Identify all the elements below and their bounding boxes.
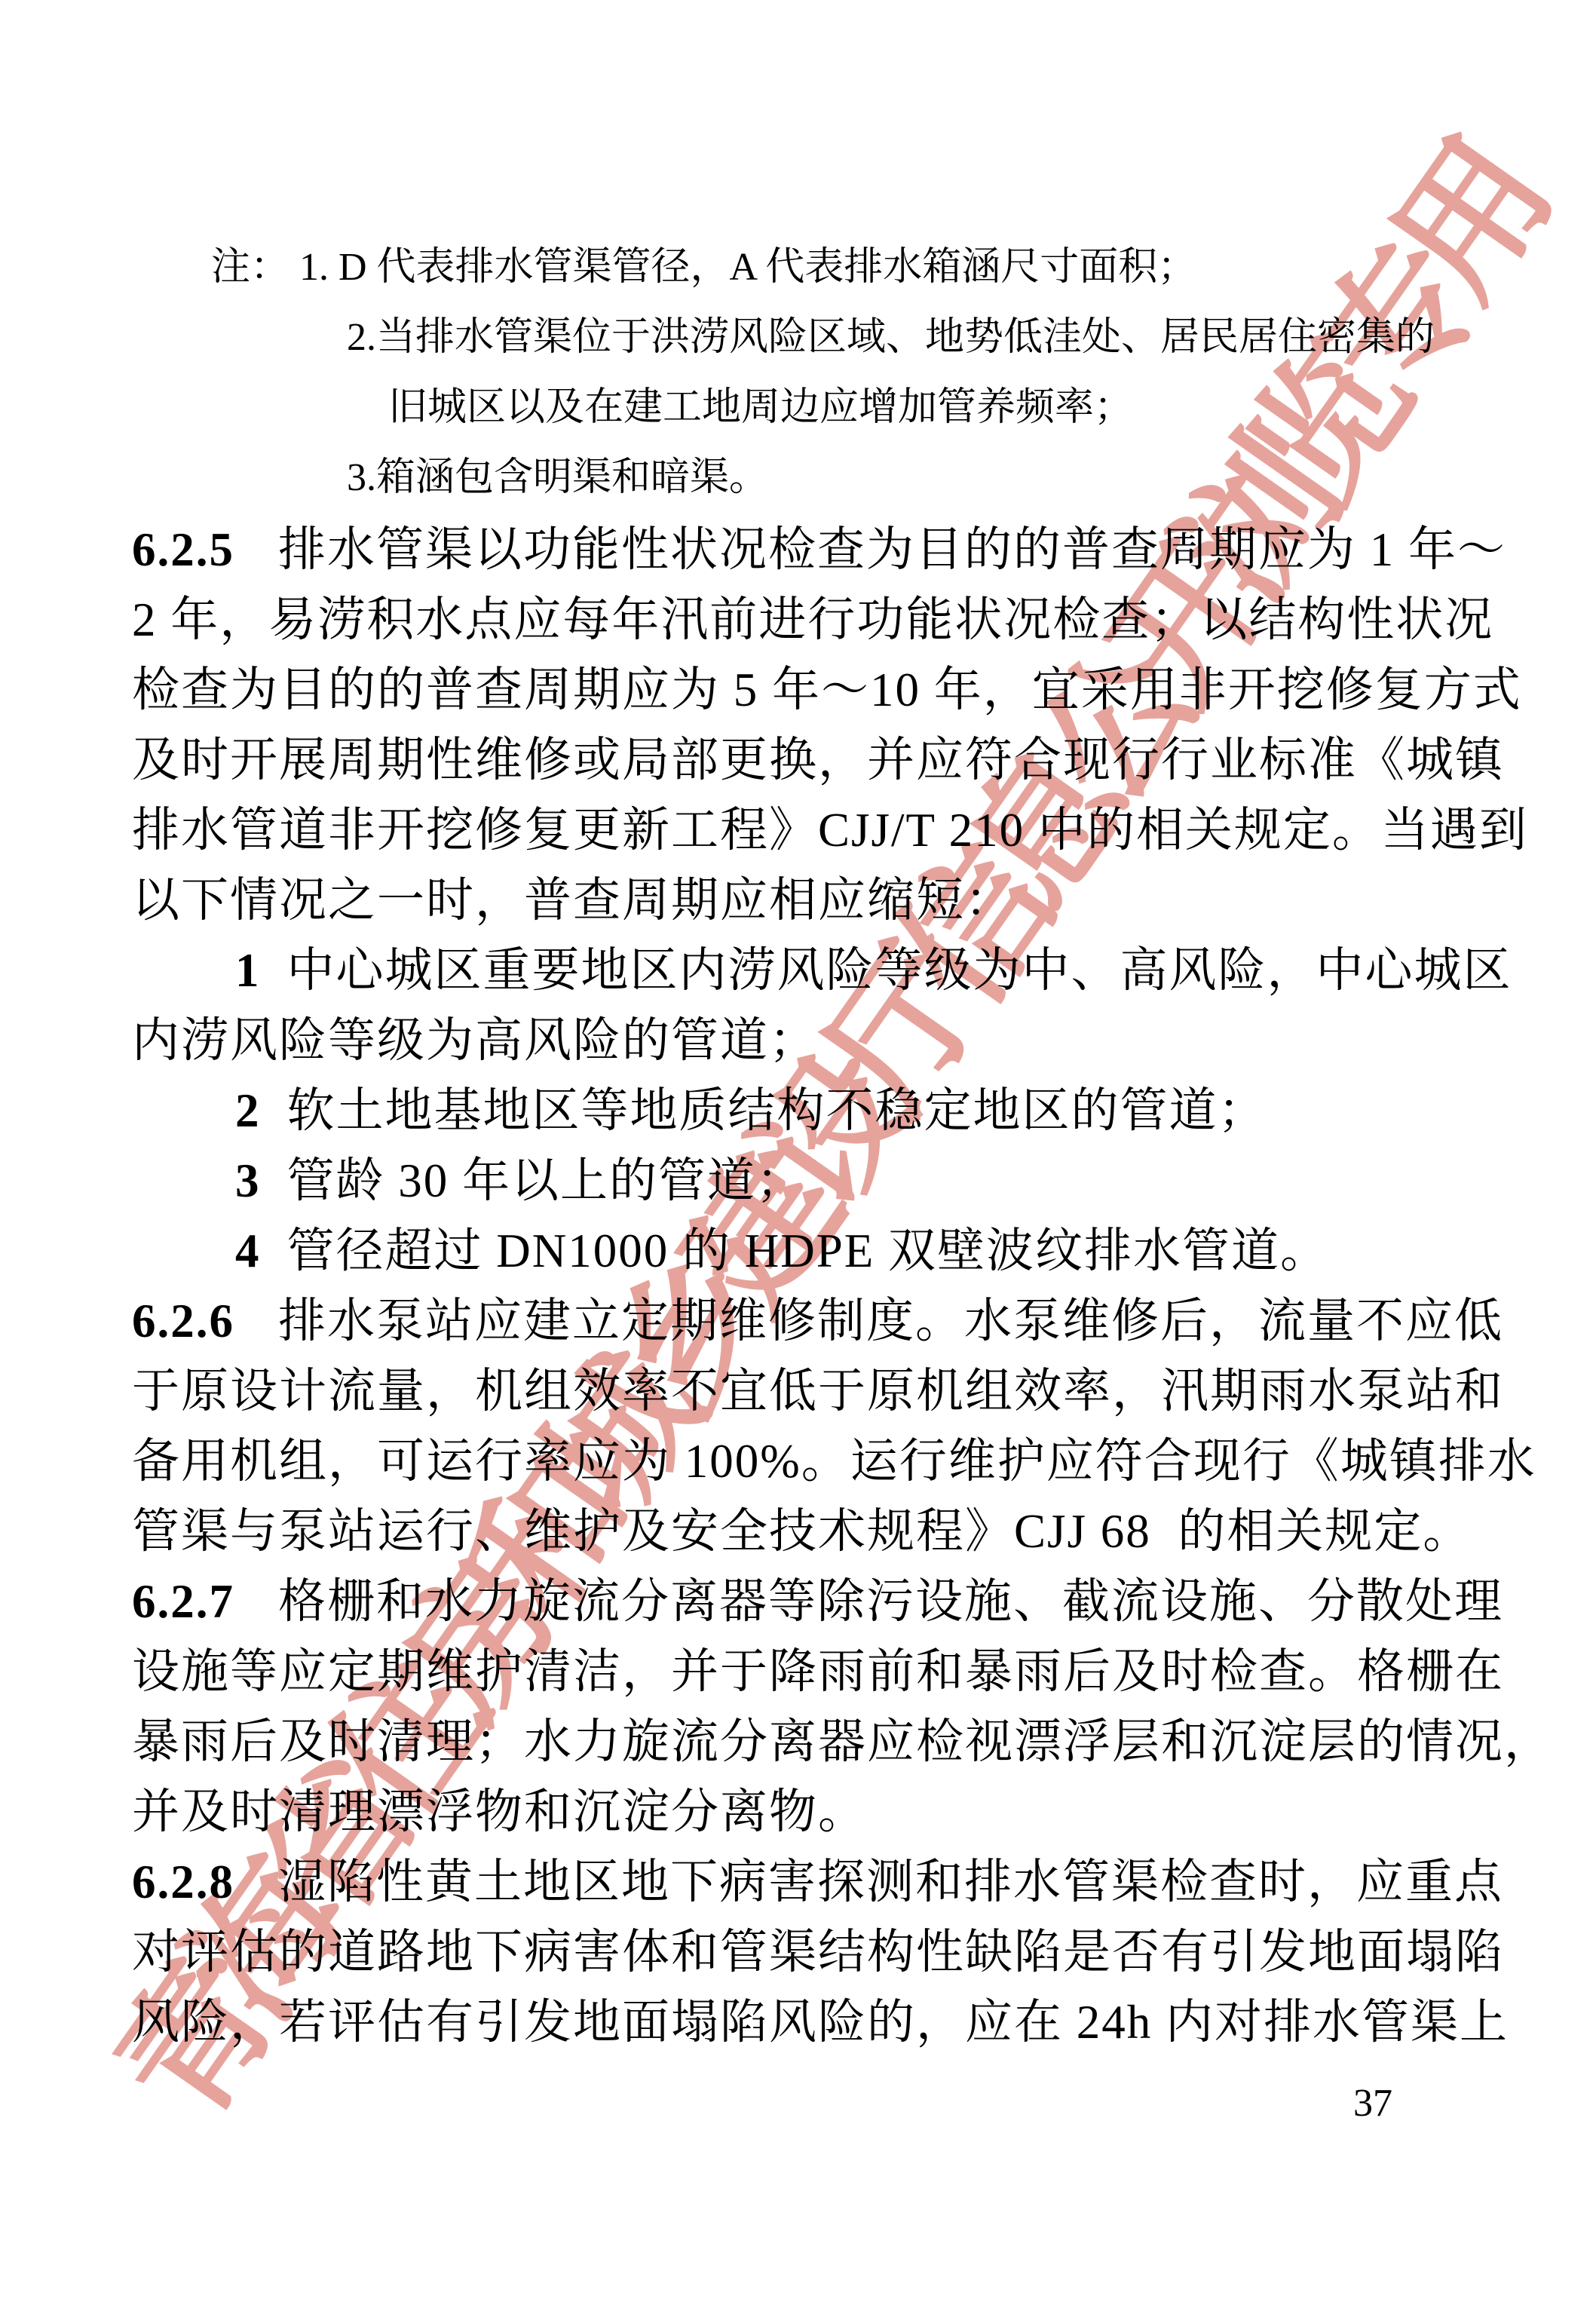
clause-number: 6.2.5 <box>132 520 234 580</box>
text-line: 1中心城区重要地区内涝风险等级为中、高风险，中心城区 <box>235 941 1512 1001</box>
clause-text: 排水管渠以功能性状况检查为目的的普查周期应为 1 年～ <box>278 520 1506 580</box>
clause-text: 2 年，易涝积水点应每年汛前进行功能状况检查；以结构性状况 <box>132 590 1493 650</box>
clause-text: 风险，若评估有引发地面塌陷风险的，应在 24h 内对排水管渠上 <box>132 1993 1509 2052</box>
text-line: 检查为目的的普查周期应为 5 年～10 年，宜采用非开挖修复方式 <box>132 660 1522 720</box>
clause-text: 内涝风险等级为高风险的管道； <box>132 1011 818 1071</box>
text-line: 以下情况之一时，普查周期应相应缩短： <box>132 871 1014 930</box>
clause-text: 旧城区以及在建工地周边应增加管养频率； <box>388 383 1133 432</box>
clause-text: 排水管道非开挖修复更新工程》CJJ/T 210 中的相关规定。当遇到 <box>132 801 1528 860</box>
clause-text: 注： 1. D 代表排水管渠管径，A 代表排水箱涵尺寸面积； <box>211 243 1196 292</box>
text-line: 风险，若评估有引发地面塌陷风险的，应在 24h 内对排水管渠上 <box>132 1993 1509 2052</box>
clause-number: 1 <box>235 941 261 1001</box>
clause-text: 对评估的道路地下病害体和管渠结构性缺陷是否有引发地面塌陷 <box>132 1923 1504 1982</box>
text-line: 6.2.7格栅和水力旋流分离器等除污设施、截流设施、分散处理 <box>132 1572 1503 1632</box>
text-line: 暴雨后及时清理；水力旋流分离器应检视漂浮层和沉淀层的情况， <box>132 1712 1553 1772</box>
text-line: 6.2.6排水泵站应建立定期维修制度。水泵维修后，流量不应低 <box>132 1292 1503 1351</box>
document-page: 青海省住房和城乡建设厅信息公开浏览专用 注： 1. D 代表排水管渠管径，A 代… <box>0 0 1596 2314</box>
clause-number: 2 <box>235 1081 261 1141</box>
text-line: 4管径超过 DN1000 的 HDPE 双壁波纹排水管道。 <box>235 1221 1329 1281</box>
clause-text: 及时开展周期性维修或局部更换，并应符合现行行业标准《城镇 <box>132 731 1504 790</box>
text-line: 旧城区以及在建工地周边应增加管养频率； <box>388 383 1133 432</box>
text-line: 内涝风险等级为高风险的管道； <box>132 1011 818 1071</box>
clause-number: 3 <box>235 1151 261 1211</box>
clause-text: 软土地基地区等地质结构不稳定地区的管道； <box>287 1081 1267 1141</box>
clause-text: 2.当排水管渠位于洪涝风险区域、地势低洼处、居民居住密集的 <box>347 313 1435 362</box>
text-line: 2.当排水管渠位于洪涝风险区域、地势低洼处、居民居住密集的 <box>347 313 1435 362</box>
clause-text: 设施等应定期维护清洁，并于降雨前和暴雨后及时检查。格栅在 <box>132 1642 1504 1702</box>
clause-text: 暴雨后及时清理；水力旋流分离器应检视漂浮层和沉淀层的情况， <box>132 1712 1553 1772</box>
clause-text: 于原设计流量，机组效率不宜低于原机组效率，汛期雨水泵站和 <box>132 1362 1504 1421</box>
text-line: 于原设计流量，机组效率不宜低于原机组效率，汛期雨水泵站和 <box>132 1362 1504 1421</box>
text-line: 3.箱涵包含明渠和暗渠。 <box>347 453 768 502</box>
clause-text: 管龄 30 年以上的管道； <box>287 1151 806 1211</box>
clause-number: 6.2.7 <box>132 1572 234 1632</box>
clause-text: 中心城区重要地区内涝风险等级为中、高风险，中心城区 <box>287 941 1512 1001</box>
text-line: 对评估的道路地下病害体和管渠结构性缺陷是否有引发地面塌陷 <box>132 1923 1504 1982</box>
text-line: 注： 1. D 代表排水管渠管径，A 代表排水箱涵尺寸面积； <box>211 243 1196 292</box>
text-line: 3管龄 30 年以上的管道； <box>235 1151 805 1211</box>
text-line: 及时开展周期性维修或局部更换，并应符合现行行业标准《城镇 <box>132 731 1504 790</box>
clause-text: 检查为目的的普查周期应为 5 年～10 年，宜采用非开挖修复方式 <box>132 660 1522 720</box>
clause-text: 管渠与泵站运行、维护及安全技术规程》CJJ 68 的相关规定。 <box>132 1502 1472 1562</box>
clause-number: 6.2.8 <box>132 1853 234 1912</box>
clause-text: 并及时清理漂浮物和沉淀分离物。 <box>132 1782 867 1842</box>
text-line: 管渠与泵站运行、维护及安全技术规程》CJJ 68 的相关规定。 <box>132 1502 1472 1562</box>
text-line: 设施等应定期维护清洁，并于降雨前和暴雨后及时检查。格栅在 <box>132 1642 1504 1702</box>
text-line: 排水管道非开挖修复更新工程》CJJ/T 210 中的相关规定。当遇到 <box>132 801 1528 860</box>
clause-text: 排水泵站应建立定期维修制度。水泵维修后，流量不应低 <box>278 1292 1503 1351</box>
clause-text: 格栅和水力旋流分离器等除污设施、截流设施、分散处理 <box>278 1572 1503 1632</box>
text-line: 2 年，易涝积水点应每年汛前进行功能状况检查；以结构性状况 <box>132 590 1493 650</box>
text-line: 6.2.5排水管渠以功能性状况检查为目的的普查周期应为 1 年～ <box>132 520 1506 580</box>
text-line: 6.2.8湿陷性黄土地区地下病害探测和排水管渠检查时，应重点 <box>132 1853 1503 1912</box>
clause-number: 4 <box>235 1221 261 1281</box>
clause-text: 管径超过 DN1000 的 HDPE 双壁波纹排水管道。 <box>287 1221 1330 1281</box>
clause-text: 备用机组，可运行率应为 100%。运行维护应符合现行《城镇排水 <box>132 1432 1536 1491</box>
clause-text: 3.箱涵包含明渠和暗渠。 <box>347 453 768 502</box>
text-line: 2软土地基地区等地质结构不稳定地区的管道； <box>235 1081 1267 1141</box>
text-line: 备用机组，可运行率应为 100%。运行维护应符合现行《城镇排水 <box>132 1432 1536 1491</box>
text-line: 并及时清理漂浮物和沉淀分离物。 <box>132 1782 867 1842</box>
clause-number: 6.2.6 <box>132 1292 234 1351</box>
clause-text: 湿陷性黄土地区地下病害探测和排水管渠检查时，应重点 <box>278 1853 1503 1912</box>
clause-text: 以下情况之一时，普查周期应相应缩短： <box>132 871 1014 930</box>
page-number: 37 <box>1353 2081 1392 2126</box>
